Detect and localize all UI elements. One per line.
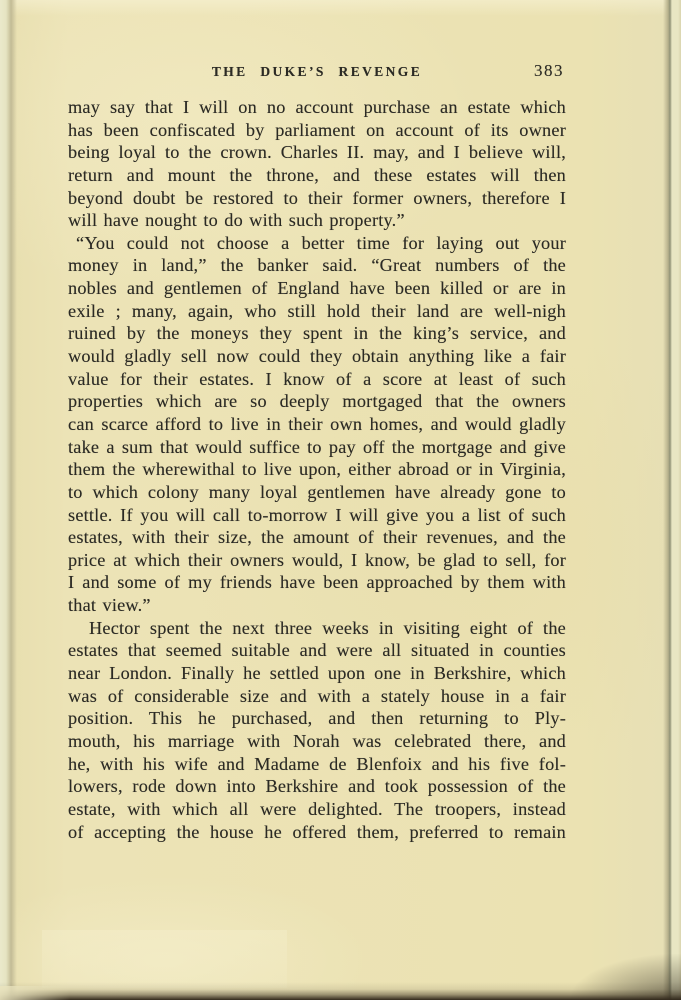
text-line: I and some of my friends have been appro… <box>68 571 566 594</box>
body-text: may say that I will on no account purcha… <box>68 96 566 843</box>
text-line: was of considerable size and with a stat… <box>68 685 566 708</box>
text-line: can scarce afford to live in their own h… <box>68 413 566 436</box>
text-line: being loyal to the crown. Charles II. ma… <box>68 141 566 164</box>
running-head: THE DUKE’S REVENGE 383 <box>68 64 566 84</box>
text-line: beyond doubt be restored to their former… <box>68 187 566 210</box>
text-line: may say that I will on no account purcha… <box>68 96 566 119</box>
text-line: lowers, rode down into Berkshire and too… <box>68 775 566 798</box>
text-line: value for their estates. I know of a sco… <box>68 368 566 391</box>
bottom-left-fade <box>0 986 70 1000</box>
text-line: estates, with their size, the amount of … <box>68 526 566 549</box>
text-line: settle. If you will call to-morrow I wil… <box>68 504 566 527</box>
text-line: has been confiscated by parliament on ac… <box>68 119 566 142</box>
text-line: near London. Finally he settled upon one… <box>68 662 566 685</box>
chapter-running-title: THE DUKE’S REVENGE <box>68 64 566 80</box>
text-line: will have nought to do with such propert… <box>68 209 566 232</box>
text-line: them the wherewithal to live upon, eithe… <box>68 458 566 481</box>
text-line: mouth, his marriage with Norah was celeb… <box>68 730 566 753</box>
bottom-right-shadow <box>571 954 681 1000</box>
text-line: estates that seemed suitable and were al… <box>68 639 566 662</box>
paragraph: “You could not choose a better time for … <box>68 232 566 617</box>
text-line: “You could not choose a better time for … <box>68 232 566 255</box>
text-line: nobles and gentlemen of England have bee… <box>68 277 566 300</box>
text-line: price at which their owners would, I kno… <box>68 549 566 572</box>
text-line: Hector spent the next three weeks in vis… <box>68 617 566 640</box>
text-line: return and mount the throne, and these e… <box>68 164 566 187</box>
text-line: money in land,” the banker said. “Great … <box>68 254 566 277</box>
text-line: position. This he purchased, and then re… <box>68 707 566 730</box>
scan-light-patch <box>42 930 287 988</box>
page-top-edge <box>0 0 681 16</box>
text-line: that view.” <box>68 594 566 617</box>
page-left-edge <box>0 0 17 1000</box>
text-line: take a sum that would suffice to pay off… <box>68 436 566 459</box>
paragraph: may say that I will on no account purcha… <box>68 96 566 232</box>
text-line: to which colony many loyal gentlemen hav… <box>68 481 566 504</box>
page-number: 383 <box>534 61 564 81</box>
text-line: of accepting the house he offered them, … <box>68 821 566 844</box>
text-line: estate, with which all were delighted. T… <box>68 798 566 821</box>
text-line: exile ; many, again, who still hold thei… <box>68 300 566 323</box>
text-line: he, with his wife and Madame de Blenfoix… <box>68 753 566 776</box>
text-line: ruined by the moneys they spent in the k… <box>68 322 566 345</box>
paragraph: Hector spent the next three weeks in vis… <box>68 617 566 843</box>
page-bottom-edge <box>0 982 681 1000</box>
page-right-edge <box>663 0 681 1000</box>
text-line: would gladly sell now could they obtain … <box>68 345 566 368</box>
text-line: properties which are so deeply mortgaged… <box>68 390 566 413</box>
book-page-scan: THE DUKE’S REVENGE 383 may say that I wi… <box>0 0 681 1000</box>
